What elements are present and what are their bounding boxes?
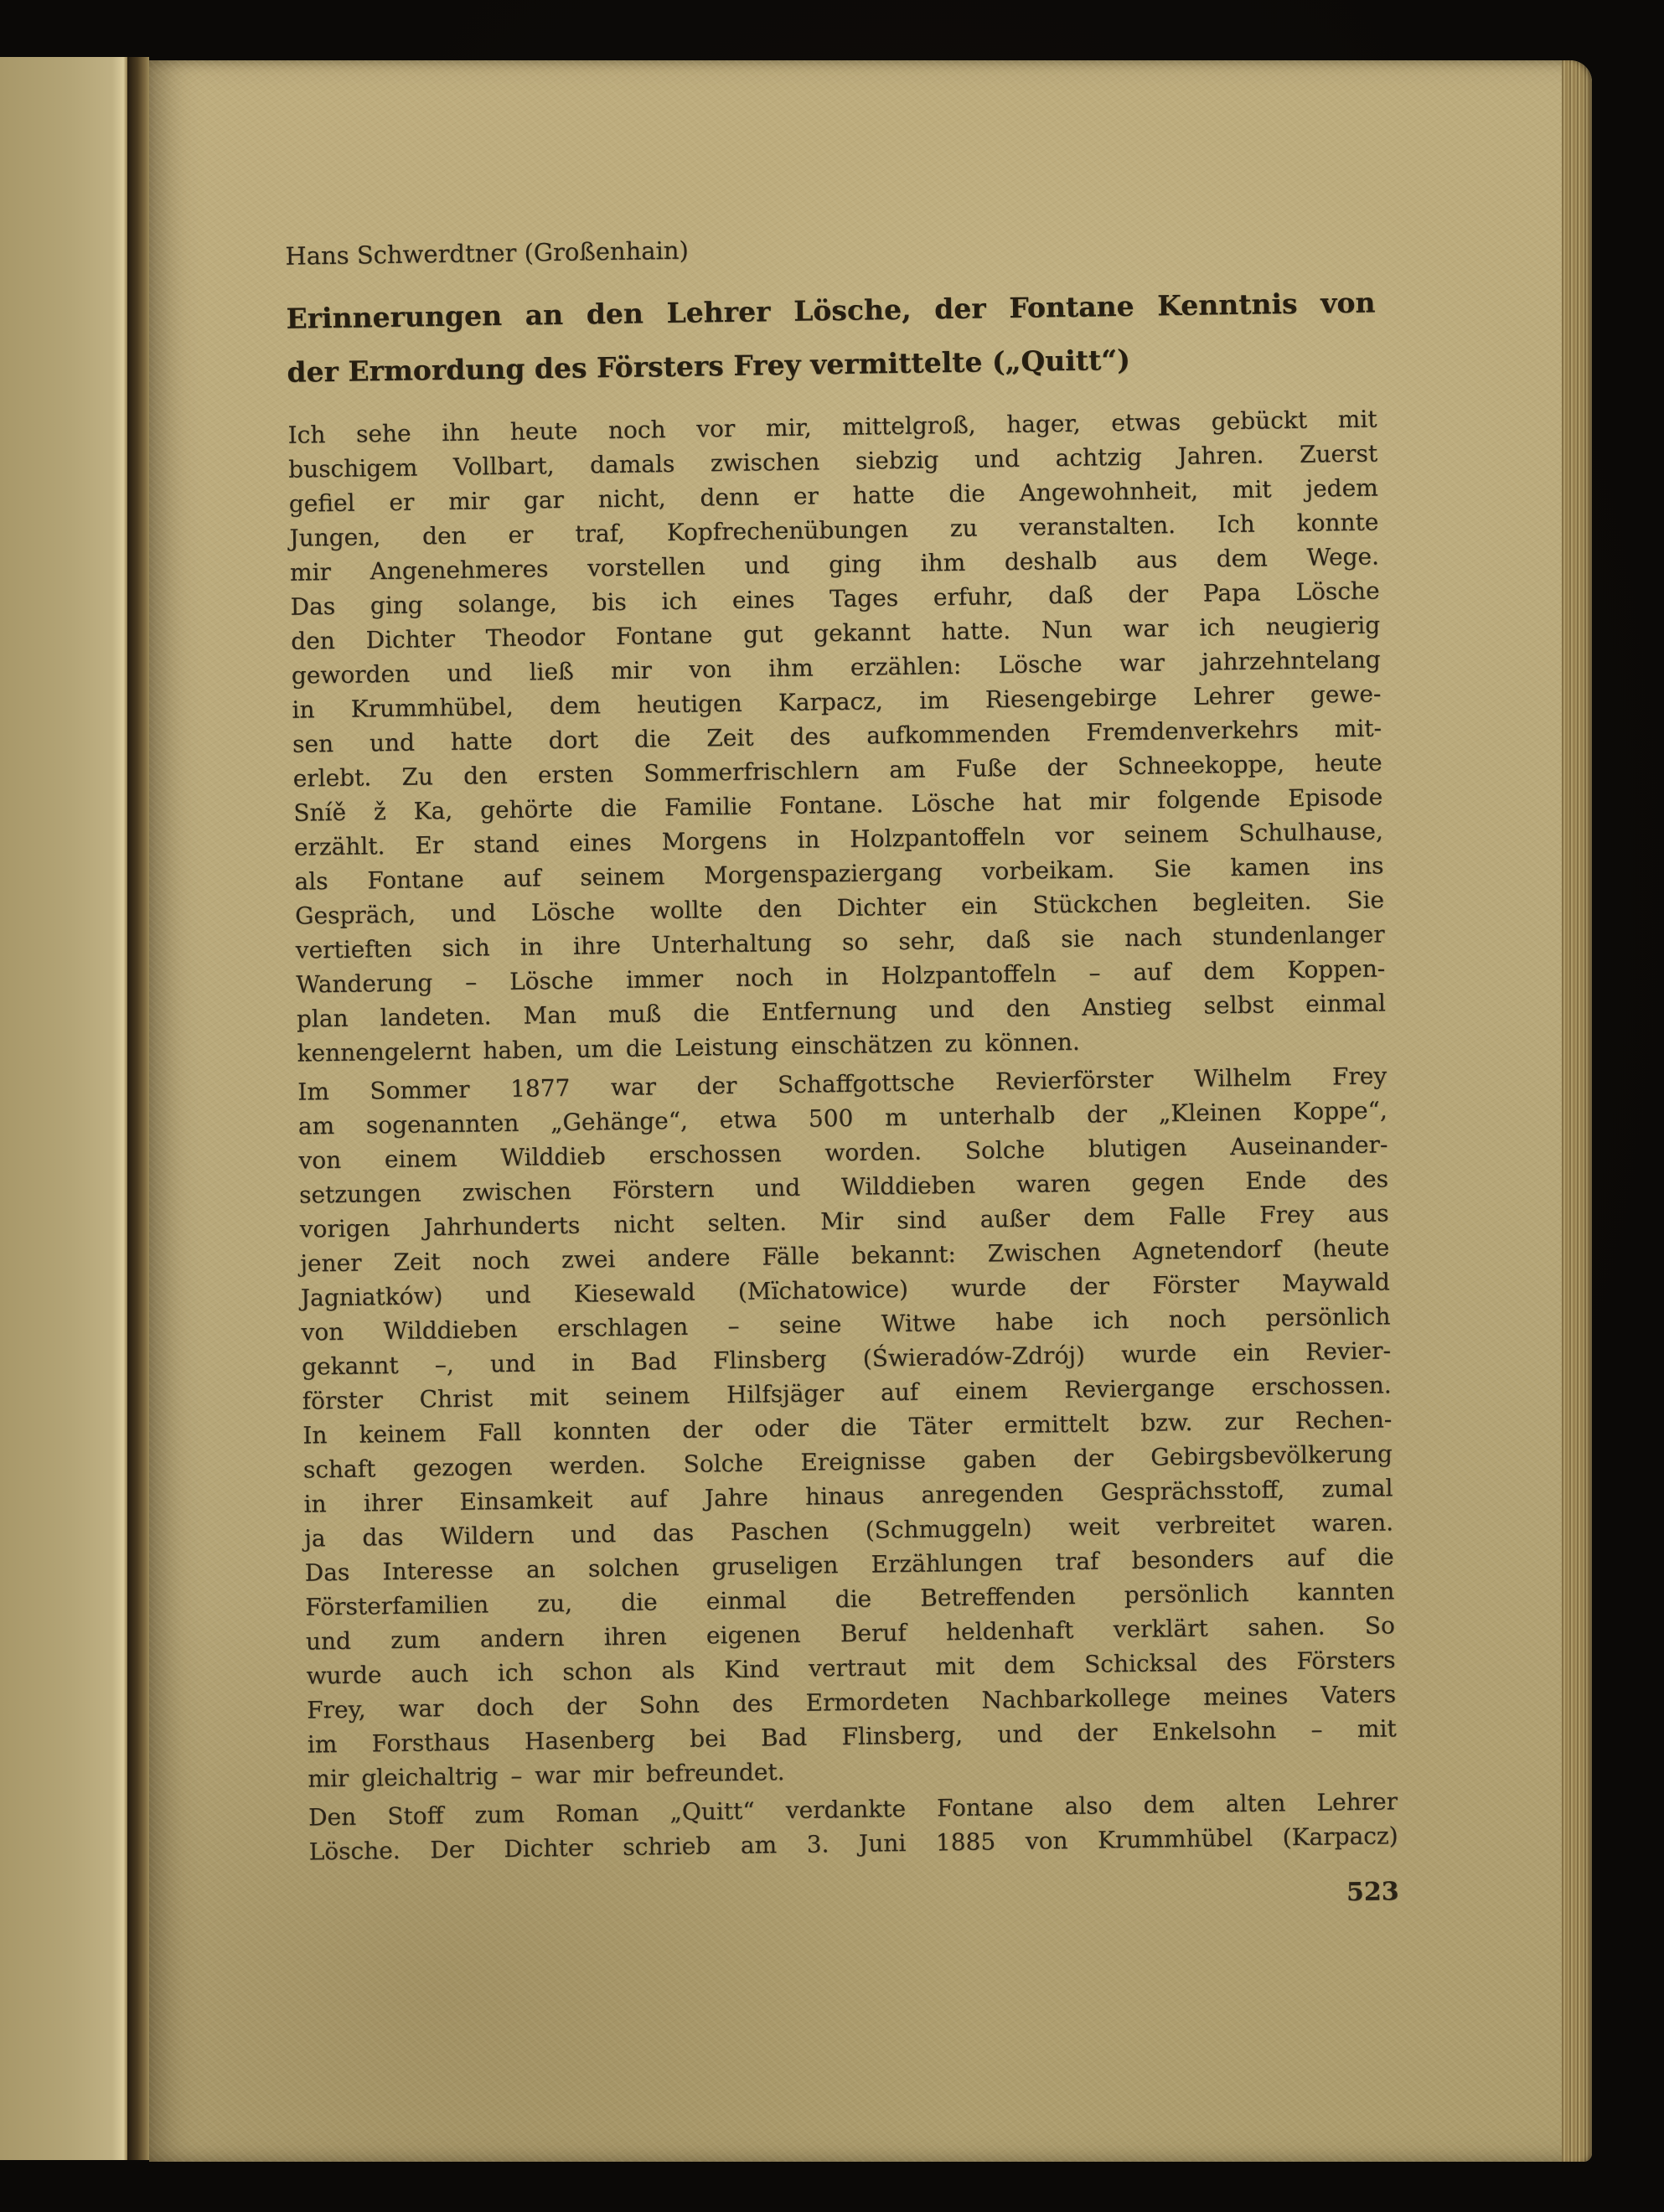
article-title: Erinnerungen an den Lehrer Lösche, der F… xyxy=(286,276,1377,399)
scan-background: Hans Schwerdtner (Großenhain) Erinnerung… xyxy=(0,0,1664,2212)
gutter-crease xyxy=(127,57,149,2160)
paragraph: Den Stoff zum Roman „Quitt“ verdankte Fo… xyxy=(308,1784,1398,1868)
page-number: 523 xyxy=(309,1874,1398,1925)
paragraph: Ich sehe ihn heute noch vor mir, mittelg… xyxy=(287,401,1386,1070)
page-fore-edge xyxy=(1562,60,1592,2162)
paragraph: Im Sommer 1877 war der Schaffgottsche Re… xyxy=(297,1058,1398,1796)
underlying-page-edge xyxy=(0,57,127,2160)
article-body: Ich sehe ihn heute noch vor mir, mittelg… xyxy=(287,401,1398,1868)
page-content: Hans Schwerdtner (Großenhain) Erinnerung… xyxy=(285,222,1399,1925)
author-line: Hans Schwerdtner (Großenhain) xyxy=(285,222,1374,273)
book-page: Hans Schwerdtner (Großenhain) Erinnerung… xyxy=(149,60,1592,2162)
